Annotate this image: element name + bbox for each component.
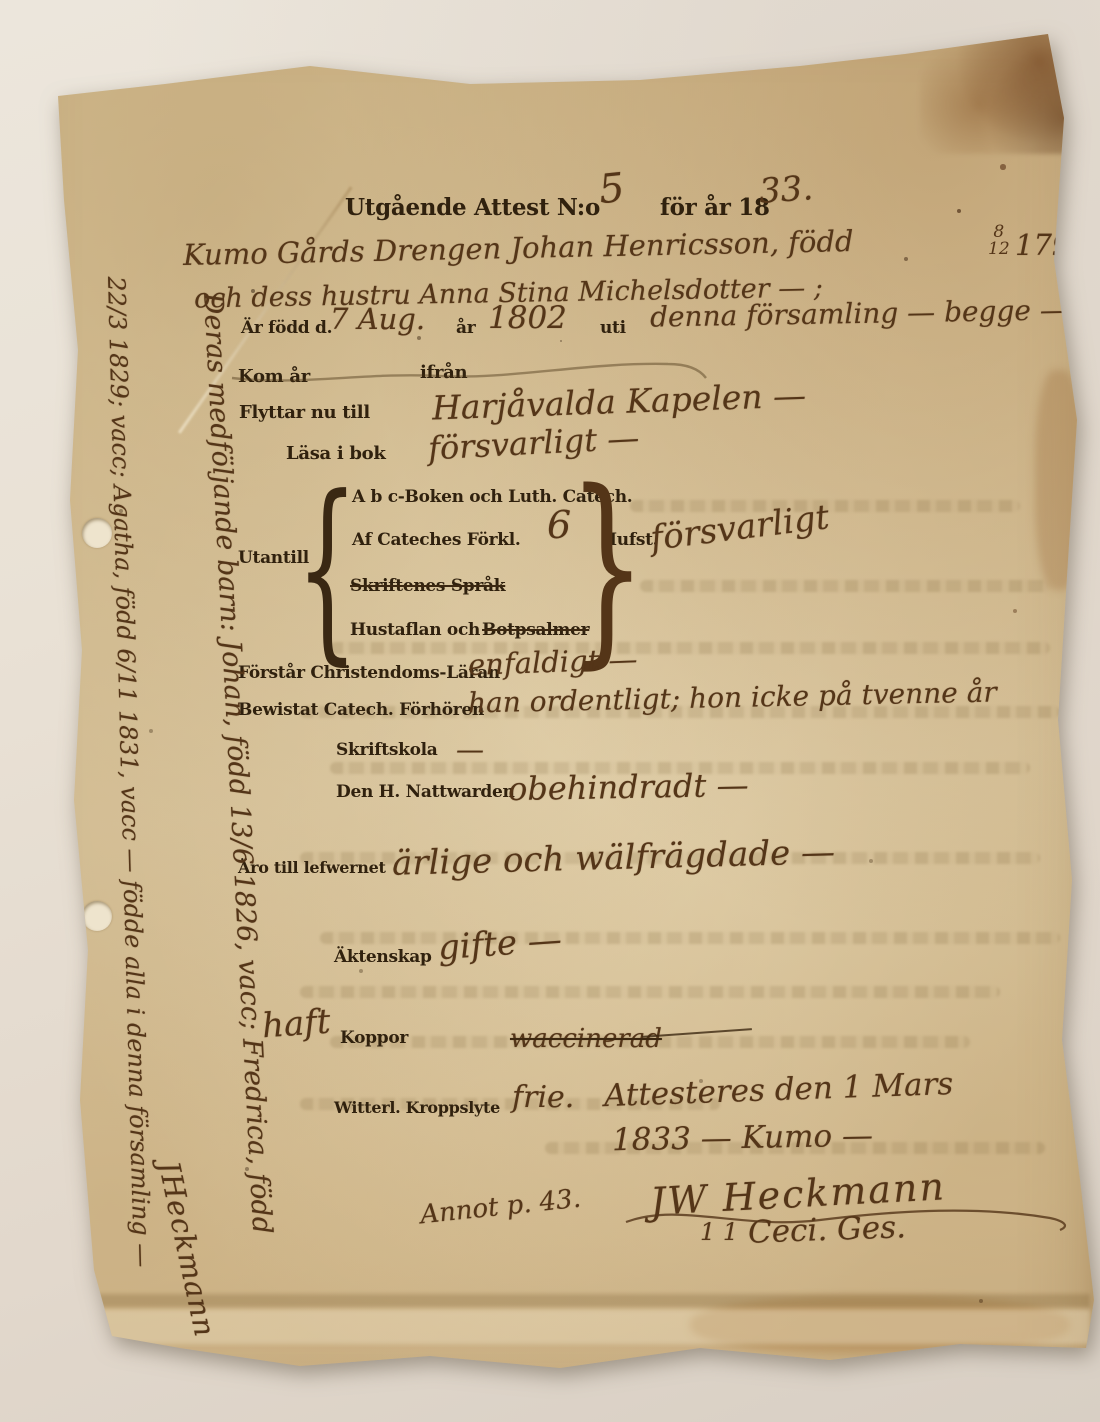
hw-skriftskola-dash: — — [456, 733, 484, 766]
stain-top-right — [920, 24, 1085, 154]
bleedthrough-line — [330, 642, 1050, 654]
utantill-open-brace: { — [296, 455, 358, 683]
bleedthrough-line — [300, 986, 1000, 998]
hw-line1-names: Kumo Gårds Drengen Johan Henricsson, föd… — [183, 224, 854, 272]
label-ar-fodd: Är född d. — [241, 318, 332, 338]
margin-note-signature: JHeckmann — [152, 1158, 235, 1400]
stain-right-edge — [1035, 370, 1083, 590]
header-printed-prefix: Utgående Attest N:o — [345, 194, 600, 221]
label-kroppslyte: Witterl. Kroppslyte — [334, 1098, 500, 1117]
header-attest-number: 5 — [597, 165, 627, 213]
hw-bewistat-note: han ordentligt; hon icke på tvenne år — [468, 675, 997, 719]
hw-lefwernet-note: ärlige och wälfrägdade — — [392, 832, 836, 884]
document-paper: Utgående Attest N:o 5 för år 18 33. Kumo… — [0, 0, 1100, 1422]
fraction-denominator: 12 — [988, 241, 1010, 258]
hw-forstar-grade: enfaldigt — — [467, 642, 638, 682]
label-lefwernet: Äro till lefwernet — [238, 858, 386, 877]
utantill-row-skriftenes-struck: Skriftenes Språk — [350, 576, 505, 596]
signature-title: Ceci. Ges. — [747, 1209, 906, 1250]
margin-note-line1: Deras medföljande barn: Johan, född 13/6… — [197, 292, 283, 1352]
label-forstar-christendoms: Förstår Christendoms-Läran — [238, 663, 500, 683]
label-uti: uti — [600, 318, 626, 338]
margin-note-line2: 22/3 1829; vacc; Agatha, född 6/11 1831,… — [102, 276, 158, 1336]
hw-attest-line1: Attesteres den 1 Mars — [603, 1066, 953, 1114]
label-ar: år — [456, 318, 475, 338]
hw-line1-birthdate-fraction: 8 12 — [988, 224, 1010, 258]
hw-waccinerad-struck: waccinerad — [510, 1024, 662, 1054]
hw-aktenskap-note: gifte — — [437, 920, 563, 969]
paper-shadow: Utgående Attest N:o 5 för år 18 33. Kumo… — [0, 0, 1100, 1422]
hw-kroppslyte-frie: frie. — [512, 1080, 574, 1115]
header-year-handwritten: 33. — [758, 168, 815, 212]
signature-marks: 1 1 — [700, 1218, 738, 1246]
hw-born-day: 7 Aug. — [330, 302, 425, 336]
ink-speckles — [0, 90, 2, 92]
photo-backdrop: Utgående Attest N:o 5 för år 18 33. Kumo… — [0, 0, 1100, 1422]
label-bewistat-forhoren: Bewistat Catech. Förhören — [238, 700, 484, 720]
utantill-row-hustaflan: Hustaflan och — [350, 620, 480, 640]
hw-born-year: 1802 — [488, 300, 567, 336]
bleedthrough-line — [320, 932, 1060, 944]
label-nattwarden: Den H. Nattwarden — [336, 782, 515, 802]
header-printed-suffix: för år 18 — [660, 194, 770, 221]
hw-annotation-page: Annot p. 43. — [419, 1184, 582, 1231]
bleedthrough-line — [640, 580, 1050, 592]
hw-utantill-result: försvarligt — [648, 497, 831, 559]
hw-line1-birthyear: 1795 — — [1015, 228, 1100, 262]
label-aktenskap: Äktenskap — [334, 947, 432, 967]
utantill-row-cateches-label: Af Cateches Förkl. — [352, 530, 521, 550]
hw-born-parish: denna församling — begge — — [650, 293, 1068, 333]
punch-hole-bottom — [82, 901, 112, 931]
hw-attest-line2: 1833 — Kumo — — [612, 1118, 874, 1159]
hw-nattwarden-note: obehindradt — — [508, 766, 749, 808]
label-skriftskola: Skriftskola — [336, 740, 438, 760]
hw-koppor-haft: haft — [261, 1002, 332, 1047]
label-koppor: Koppor — [340, 1028, 408, 1048]
stain-bottom-lip — [690, 1296, 1070, 1354]
label-flyttar-nu-till: Flyttar nu till — [239, 402, 370, 423]
